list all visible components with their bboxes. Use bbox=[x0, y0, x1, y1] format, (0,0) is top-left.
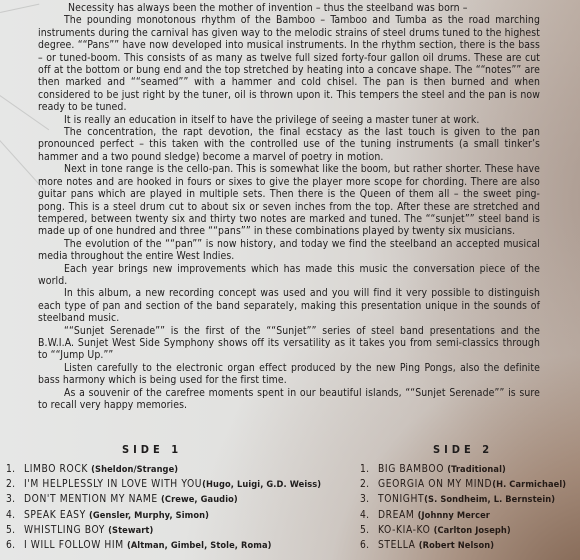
track-title: I WILL FOLLOW HIM bbox=[24, 540, 124, 551]
track-credits: (Robert Nelson) bbox=[419, 540, 494, 551]
track-number: 6. bbox=[360, 538, 378, 553]
liner-notes-paragraph: As a souvenir of the carefree moments sp… bbox=[38, 387, 540, 412]
side-2-track-list: 1.BIG BAMBOO (Traditional) 2.GEORGIA ON … bbox=[360, 462, 566, 553]
track-item: 6.I WILL FOLLOW HIM (Altman, Gimbel, Sto… bbox=[6, 538, 321, 553]
track-title: STELLA bbox=[378, 540, 416, 551]
track-number: 1. bbox=[360, 462, 378, 477]
track-item: 3.TONIGHT(S. Sondheim, L. Bernstein) bbox=[360, 492, 566, 507]
track-number: 6. bbox=[6, 538, 24, 553]
track-item: 2.I'M HELPLESSLY IN LOVE WITH YOU(Hugo, … bbox=[6, 477, 321, 492]
track-title: I'M HELPLESSLY IN LOVE WITH YOU bbox=[24, 479, 202, 490]
tracklist: SIDE 1 1.LIMBO ROCK (Sheldon/Strange) 2.… bbox=[0, 440, 580, 560]
track-credits: (Traditional) bbox=[447, 464, 506, 475]
track-item: 6.STELLA (Robert Nelson) bbox=[360, 538, 566, 553]
liner-notes-paragraph: ““Sunjet Serenade”” is the first of the … bbox=[38, 325, 540, 362]
track-title: BIG BAMBOO bbox=[378, 464, 444, 475]
side-1-heading: SIDE 1 bbox=[122, 443, 182, 456]
track-title: TONIGHT bbox=[378, 494, 424, 505]
track-credits: (Altman, Gimbel, Stole, Roma) bbox=[127, 540, 272, 551]
liner-notes-paragraph: It is really an education in itself to h… bbox=[38, 114, 540, 126]
track-number: 4. bbox=[360, 508, 378, 523]
track-title: SPEAK EASY bbox=[24, 510, 86, 521]
paper-scratch bbox=[0, 4, 39, 13]
track-title: DREAM bbox=[378, 510, 414, 521]
track-item: 3.DON'T MENTION MY NAME (Crewe, Gaudio) bbox=[6, 492, 321, 507]
track-item: 1.LIMBO ROCK (Sheldon/Strange) bbox=[6, 462, 321, 477]
track-item: 4.DREAM (Johnny Mercer bbox=[360, 508, 566, 523]
track-number: 4. bbox=[6, 508, 24, 523]
track-item: 5.WHISTLING BOY (Stewart) bbox=[6, 523, 321, 538]
track-number: 3. bbox=[6, 492, 24, 507]
side-1-track-list: 1.LIMBO ROCK (Sheldon/Strange) 2.I'M HEL… bbox=[6, 462, 321, 553]
liner-notes: Necessity has always been the mother of … bbox=[38, 2, 540, 411]
track-item: 4.SPEAK EASY (Gensler, Murphy, Simon) bbox=[6, 508, 321, 523]
liner-notes-paragraph: The evolution of the ““pan”” is now hist… bbox=[38, 238, 540, 263]
track-credits: (Gensler, Murphy, Simon) bbox=[89, 510, 209, 521]
track-credits: (Hugo, Luigi, G.D. Weiss) bbox=[202, 479, 321, 490]
track-number: 2. bbox=[360, 477, 378, 492]
track-credits: (Sheldon/Strange) bbox=[91, 464, 178, 475]
liner-notes-paragraph: Next in tone range is the cello-pan. Thi… bbox=[38, 163, 540, 237]
side-2-heading: SIDE 2 bbox=[433, 443, 493, 456]
track-number: 1. bbox=[6, 462, 24, 477]
track-number: 2. bbox=[6, 477, 24, 492]
track-title: LIMBO ROCK bbox=[24, 464, 88, 475]
liner-notes-paragraph: Necessity has always been the mother of … bbox=[38, 2, 540, 14]
track-credits: (Carlton Joseph) bbox=[434, 525, 511, 536]
liner-notes-paragraph: In this album, a new recording concept w… bbox=[38, 287, 540, 324]
track-number: 5. bbox=[6, 523, 24, 538]
track-credits: (Crewe, Gaudio) bbox=[161, 494, 238, 505]
track-item: 2.GEORGIA ON MY MIND(H. Carmichael) bbox=[360, 477, 566, 492]
track-number: 3. bbox=[360, 492, 378, 507]
album-liner-notes-page: { "liner_notes": { "paragraphs": [ "Nece… bbox=[0, 0, 580, 560]
liner-notes-paragraph: Listen carefully to the electronic organ… bbox=[38, 362, 540, 387]
liner-notes-paragraph: Each year brings new improvements which … bbox=[38, 263, 540, 288]
track-title: DON'T MENTION MY NAME bbox=[24, 494, 158, 505]
track-item: 5.KO-KIA-KO (Carlton Joseph) bbox=[360, 523, 566, 538]
track-item: 1.BIG BAMBOO (Traditional) bbox=[360, 462, 566, 477]
track-credits: (Johnny Mercer bbox=[418, 510, 490, 521]
track-title: GEORGIA ON MY MIND bbox=[378, 479, 492, 490]
track-number: 5. bbox=[360, 523, 378, 538]
liner-notes-paragraph: The concentration, the rapt devotion, th… bbox=[38, 126, 540, 163]
track-title: KO-KIA-KO bbox=[378, 525, 430, 536]
track-credits: (H. Carmichael) bbox=[492, 479, 566, 490]
liner-notes-paragraph: The pounding monotonous rhythm of the Ba… bbox=[38, 14, 540, 113]
track-credits: (Stewart) bbox=[108, 525, 153, 536]
track-credits: (S. Sondheim, L. Bernstein) bbox=[424, 494, 555, 505]
track-title: WHISTLING BOY bbox=[24, 525, 105, 536]
